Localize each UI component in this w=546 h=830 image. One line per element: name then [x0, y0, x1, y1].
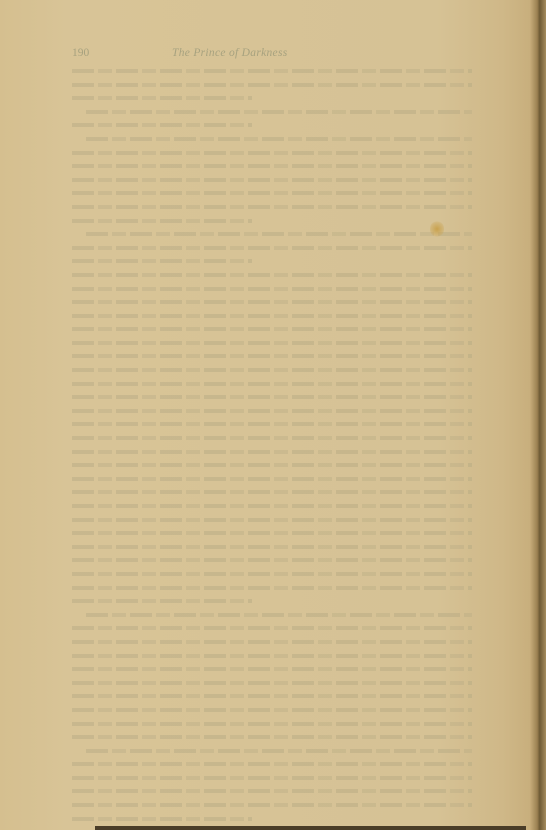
text-line	[72, 417, 472, 431]
body-text	[72, 64, 472, 825]
text-line	[72, 336, 472, 350]
page-number: 190	[72, 47, 89, 59]
text-line	[72, 377, 472, 391]
text-line	[72, 798, 472, 812]
text-line	[72, 227, 472, 241]
text-line	[72, 200, 472, 214]
text-line	[72, 295, 472, 309]
text-line	[72, 309, 472, 323]
text-line	[72, 254, 472, 268]
scanned-book-page: 190 The Prince of Darkness	[0, 0, 546, 830]
text-line	[72, 349, 472, 363]
text-line	[72, 64, 472, 78]
page-bottom-edge	[95, 826, 526, 830]
text-line	[72, 118, 472, 132]
text-line	[72, 431, 472, 445]
text-line	[72, 621, 472, 635]
text-line	[72, 594, 472, 608]
page-header: 190 The Prince of Darkness	[72, 47, 472, 63]
text-line	[72, 173, 472, 187]
text-line	[72, 526, 472, 540]
text-line	[72, 241, 472, 255]
text-line	[72, 676, 472, 690]
text-line	[72, 91, 472, 105]
text-line	[72, 635, 472, 649]
text-line	[72, 282, 472, 296]
running-title: The Prince of Darkness	[172, 47, 288, 59]
text-line	[72, 268, 472, 282]
text-line	[72, 744, 472, 758]
text-line	[72, 540, 472, 554]
text-line	[72, 513, 472, 527]
text-line	[72, 784, 472, 798]
text-line	[72, 404, 472, 418]
text-line	[72, 689, 472, 703]
text-line	[72, 445, 472, 459]
text-line	[72, 186, 472, 200]
text-line	[72, 567, 472, 581]
text-line	[72, 159, 472, 173]
text-line	[72, 730, 472, 744]
text-line	[72, 581, 472, 595]
text-line	[72, 363, 472, 377]
text-line	[72, 649, 472, 663]
text-line	[72, 78, 472, 92]
text-line	[72, 146, 472, 160]
text-line	[72, 132, 472, 146]
text-line	[72, 812, 472, 826]
text-line	[72, 608, 472, 622]
text-line	[72, 553, 472, 567]
text-line	[72, 771, 472, 785]
text-line	[72, 757, 472, 771]
text-line	[72, 472, 472, 486]
text-line	[72, 485, 472, 499]
text-line	[72, 214, 472, 228]
text-line	[72, 499, 472, 513]
text-line	[72, 717, 472, 731]
text-line	[72, 105, 472, 119]
text-line	[72, 390, 472, 404]
text-line	[72, 322, 472, 336]
text-line	[72, 703, 472, 717]
book-spine-shadow	[530, 0, 546, 830]
text-line	[72, 662, 472, 676]
ink-smudge	[430, 220, 444, 238]
text-line	[72, 458, 472, 472]
